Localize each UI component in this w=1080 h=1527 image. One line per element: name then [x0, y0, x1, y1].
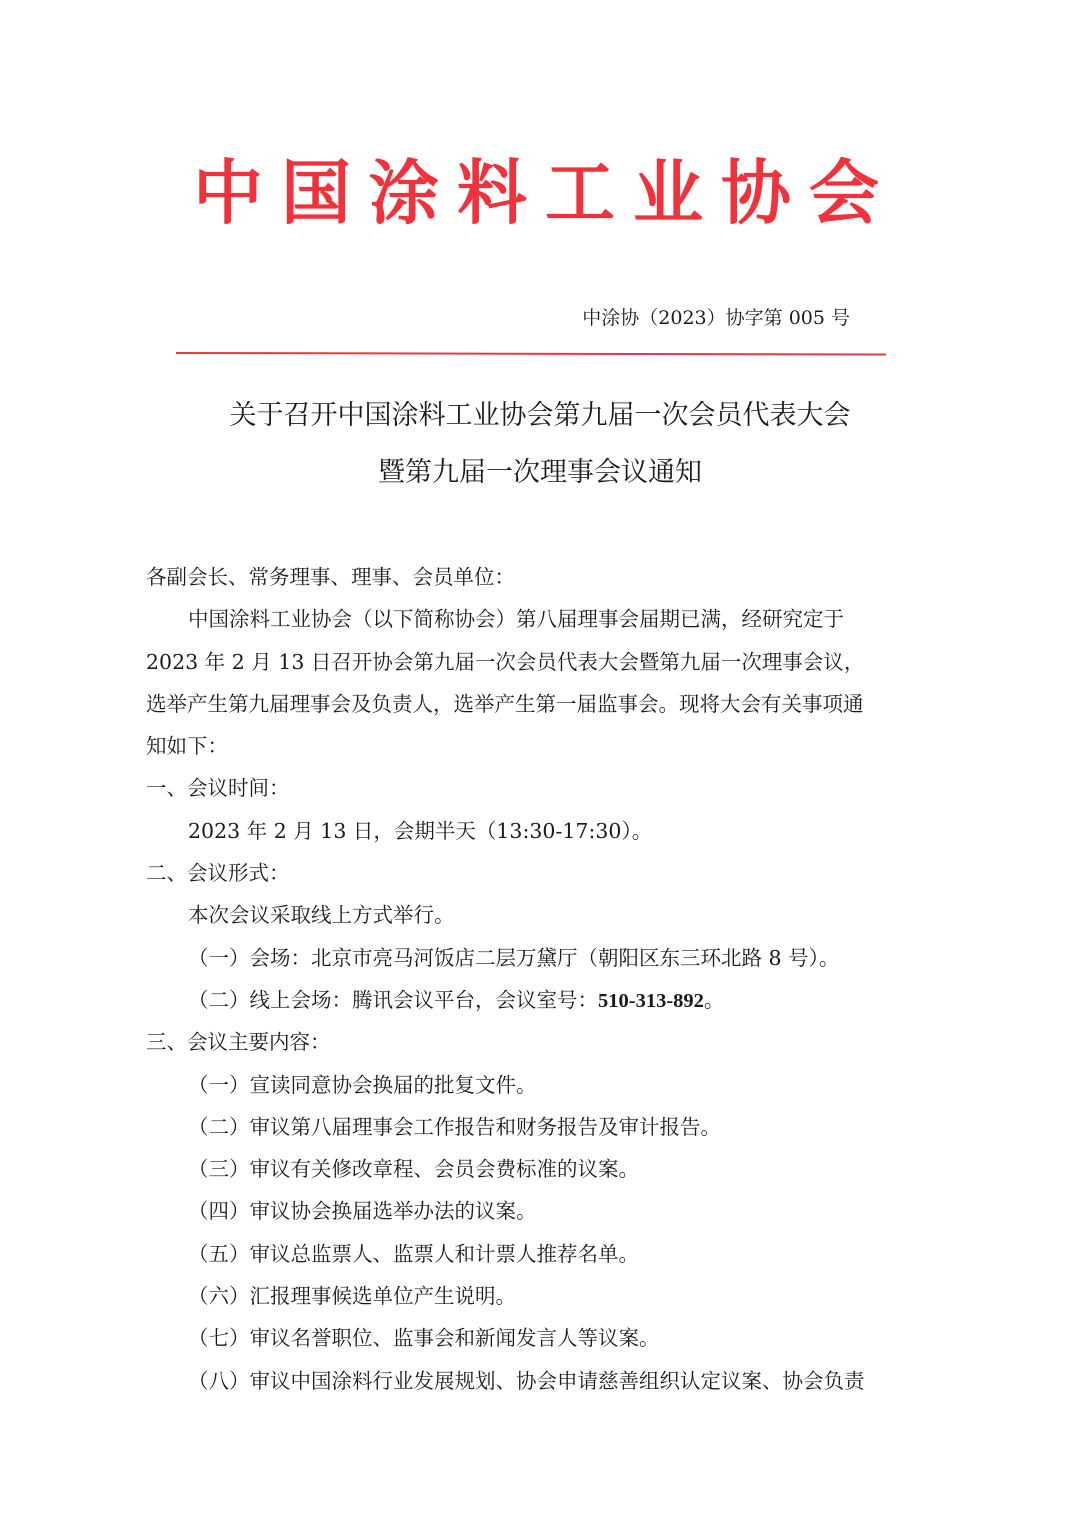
intro-line-2: 2023 年 2 月 13 日召开协会第九届一次会员代表大会暨第九届一次理事会议… — [146, 641, 906, 683]
agenda-item-1: （一）宣读同意协会换届的批复文件。 — [146, 1064, 906, 1106]
meeting-time: 2023 年 2 月 13 日，会期半天（13:30-17:30）。 — [146, 810, 906, 852]
letterhead-divider — [176, 352, 886, 355]
agenda-item-7: （七）审议名誉职位、监事会和新闻发言人等议案。 — [146, 1317, 906, 1359]
document-title-line-1: 关于召开中国涂料工业协会第九届一次会员代表大会 — [0, 396, 1080, 436]
agenda-item-3: （三）审议有关修改章程、会员会费标准的议案。 — [146, 1148, 906, 1190]
agenda-item-4: （四）审议协会换届选举办法的议案。 — [146, 1190, 906, 1232]
agenda-item-8: （八）审议中国涂料行业发展规划、协会申请慈善组织认定议案、协会负责 — [146, 1360, 906, 1402]
agenda-item-5: （五）审议总监票人、监票人和计票人推荐名单。 — [146, 1233, 906, 1275]
online-venue-label: （二）线上会场：腾讯会议平台，会议室号： — [188, 988, 598, 1012]
agenda-item-2: （二）审议第八届理事会工作报告和财务报告及审计报告。 — [146, 1106, 906, 1148]
document-number: 中涂协（2023）协字第 005 号 — [582, 304, 850, 332]
intro-line-1: 中国涂料工业协会（以下简称协会）第八届理事会届期已满，经研究定于 — [146, 598, 906, 640]
agenda-item-6: （六）汇报理事候选单位产生说明。 — [146, 1275, 906, 1317]
section-heading-format: 二、会议形式： — [146, 852, 906, 894]
document-title-line-2: 暨第九届一次理事会议通知 — [0, 453, 1080, 493]
document-page: 中国涂料工业协会 中涂协（2023）协字第 005 号 关于召开中国涂料工业协会… — [0, 0, 1080, 1527]
salutation: 各副会长、常务理事、理事、会员单位： — [146, 556, 906, 598]
meeting-format: 本次会议采取线上方式举行。 — [146, 894, 906, 936]
meeting-room-id: 510-313-892 — [598, 990, 704, 1012]
letterhead-org-name: 中国涂料工业协会 — [0, 148, 1080, 238]
section-heading-time: 一、会议时间： — [146, 767, 906, 809]
document-body: 各副会长、常务理事、理事、会员单位： 中国涂料工业协会（以下简称协会）第八届理事… — [146, 556, 906, 1402]
intro-line-4: 知如下： — [146, 725, 906, 767]
format-item-online: （二）线上会场：腾讯会议平台，会议室号：510-313-892。 — [146, 979, 906, 1021]
meeting-room-id-suffix: 。 — [704, 988, 725, 1012]
section-heading-agenda: 三、会议主要内容： — [146, 1021, 906, 1063]
intro-line-3: 选举产生第九届理事会及负责人，选举产生第一届监事会。现将大会有关事项通 — [146, 683, 906, 725]
format-item-venue: （一）会场：北京市亮马河饭店二层万黛厅（朝阳区东三环北路 8 号）。 — [146, 937, 906, 979]
